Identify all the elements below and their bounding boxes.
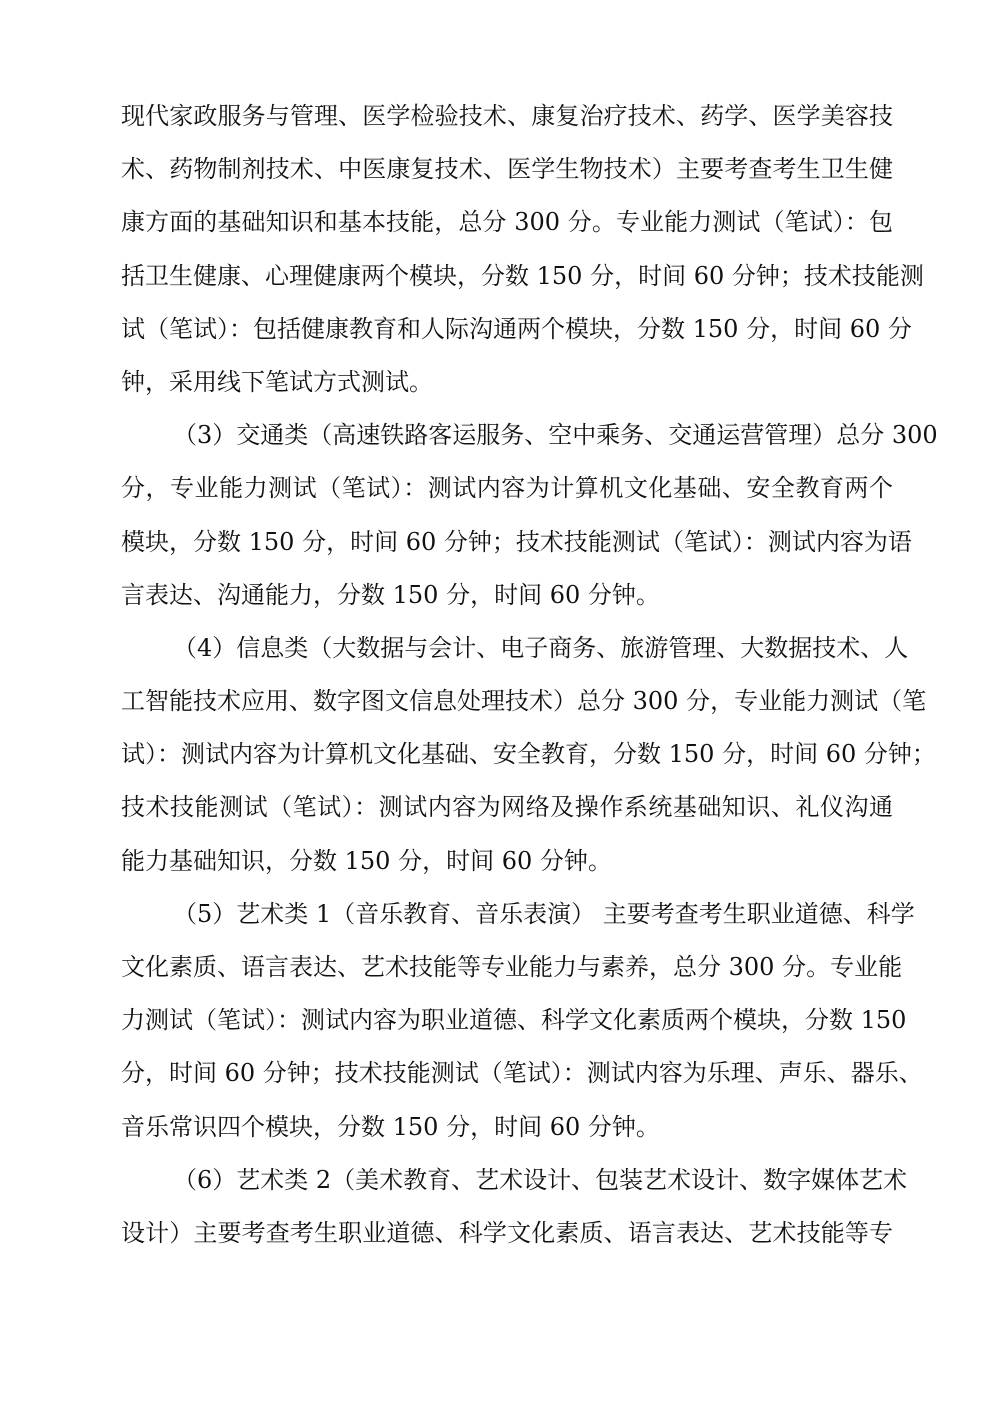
text-line: 言表达、沟通能力，分数 150 分，时间 60 分钟。: [121, 569, 893, 622]
text-line: 分，时间 60 分钟；技术技能测试（笔试）：测试内容为乐理、声乐、器乐、: [121, 1047, 893, 1100]
text-line: （6）艺术类 2（美术教育、艺术设计、包装艺术设计、数字媒体艺术: [121, 1154, 893, 1207]
text-line: 音乐常识四个模块，分数 150 分，时间 60 分钟。: [121, 1101, 893, 1154]
text-line: 文化素质、语言表达、艺术技能等专业能力与素养，总分 300 分。专业能: [121, 941, 893, 994]
text-line: 康方面的基础知识和基本技能，总分 300 分。专业能力测试（笔试）：包: [121, 196, 893, 249]
paragraph-transport: （3）交通类（高速铁路客运服务、空中乘务、交通运营管理）总分 300 分，专业能…: [121, 409, 893, 622]
text-line: 技术技能测试（笔试）：测试内容为网络及操作系统基础知识、礼仪沟通: [121, 781, 893, 834]
text-line: 现代家政服务与管理、医学检验技术、康复治疗技术、药学、医学美容技: [121, 90, 893, 143]
document-body: 现代家政服务与管理、医学检验技术、康复治疗技术、药学、医学美容技 术、药物制剂技…: [121, 90, 893, 1260]
text-line: 试）：测试内容为计算机文化基础、安全教育，分数 150 分，时间 60 分钟；: [121, 728, 893, 781]
text-line: （4）信息类（大数据与会计、电子商务、旅游管理、大数据技术、人: [121, 622, 893, 675]
text-line: （5）艺术类 1（音乐教育、音乐表演） 主要考查考生职业道德、科学: [121, 888, 893, 941]
document-page: 现代家政服务与管理、医学检验技术、康复治疗技术、药学、医学美容技 术、药物制剂技…: [0, 0, 1007, 1421]
text-line: （3）交通类（高速铁路客运服务、空中乘务、交通运营管理）总分 300: [121, 409, 893, 462]
text-line: 设计）主要考查考生职业道德、科学文化素质、语言表达、艺术技能等专: [121, 1207, 893, 1260]
text-line: 括卫生健康、心理健康两个模块，分数 150 分，时间 60 分钟；技术技能测: [121, 250, 893, 303]
paragraph-health-continued: 现代家政服务与管理、医学检验技术、康复治疗技术、药学、医学美容技 术、药物制剂技…: [121, 90, 893, 409]
text-line: 力测试（笔试）：测试内容为职业道德、科学文化素质两个模块，分数 150: [121, 994, 893, 1047]
paragraph-art-2: （6）艺术类 2（美术教育、艺术设计、包装艺术设计、数字媒体艺术 设计）主要考查…: [121, 1154, 893, 1260]
paragraph-information: （4）信息类（大数据与会计、电子商务、旅游管理、大数据技术、人 工智能技术应用、…: [121, 622, 893, 888]
text-line: 模块，分数 150 分，时间 60 分钟；技术技能测试（笔试）：测试内容为语: [121, 516, 893, 569]
paragraph-art-1: （5）艺术类 1（音乐教育、音乐表演） 主要考查考生职业道德、科学 文化素质、语…: [121, 888, 893, 1154]
text-line: 试（笔试）：包括健康教育和人际沟通两个模块，分数 150 分，时间 60 分: [121, 303, 893, 356]
text-line: 分，专业能力测试（笔试）：测试内容为计算机文化基础、安全教育两个: [121, 462, 893, 515]
text-line: 钟，采用线下笔试方式测试。: [121, 356, 893, 409]
text-line: 工智能技术应用、数字图文信息处理技术）总分 300 分，专业能力测试（笔: [121, 675, 893, 728]
text-line: 能力基础知识，分数 150 分，时间 60 分钟。: [121, 835, 893, 888]
text-line: 术、药物制剂技术、中医康复技术、医学生物技术）主要考查考生卫生健: [121, 143, 893, 196]
